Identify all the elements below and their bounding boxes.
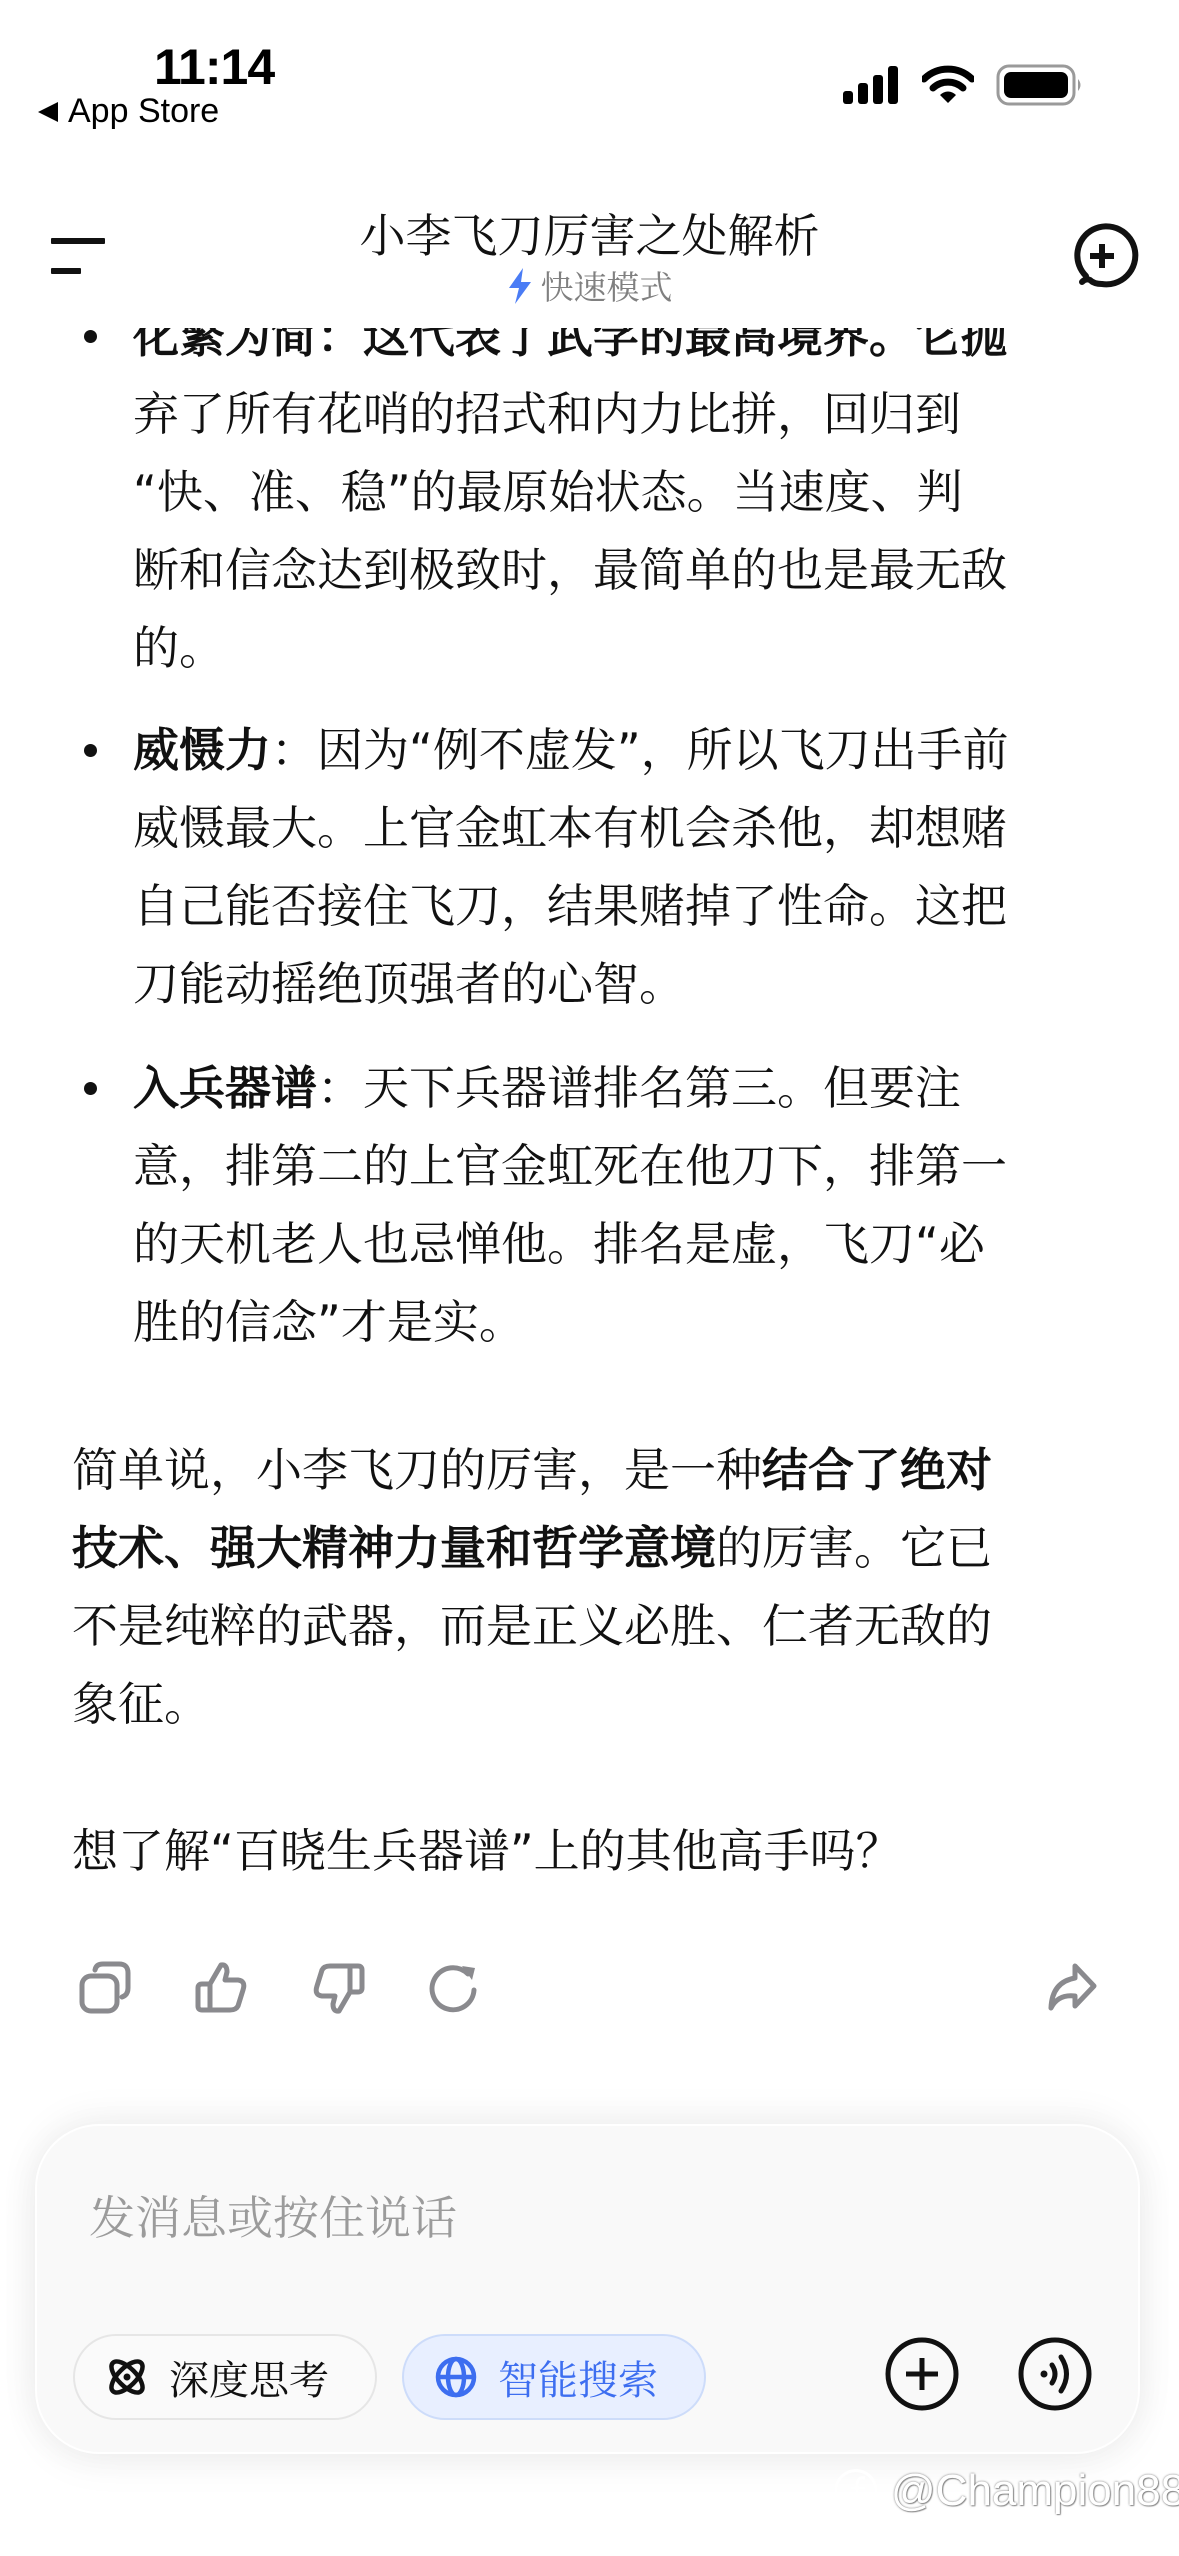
mode-label: 快速模式 — [541, 262, 673, 309]
attach-button[interactable] — [884, 2336, 960, 2412]
bullet-line: 刀能动摇绝顶强者的心智。 — [133, 945, 1123, 1023]
smart-search-label: 智能搜索 — [498, 2349, 658, 2406]
copy-button[interactable] — [75, 1958, 135, 2018]
plus-circle-icon — [884, 2336, 960, 2412]
signal-icon — [840, 65, 900, 105]
bullet-line: 自己能否接住飞刀，结果赌掉了性命。这把 — [133, 867, 1123, 945]
message-actions — [0, 1958, 1179, 2018]
bullet-line: 意，排第二的上官金虹死在他刀下，排第一 — [133, 1127, 1123, 1205]
new-chat-button[interactable] — [1064, 218, 1140, 294]
bullet-line: 威慑力：因为“例不虚发”，所以飞刀出手前 — [133, 711, 1123, 789]
wifi-icon — [922, 65, 974, 105]
thumbs-up-icon — [194, 1960, 250, 2016]
atom-icon — [105, 2355, 149, 2399]
share-button[interactable] — [1042, 1958, 1102, 2018]
thumbs-down-icon — [310, 1960, 366, 2016]
bullet-line: 弃了所有花哨的招式和内力比拼，回归到 — [133, 375, 1123, 453]
deep-think-label: 深度思考 — [169, 2349, 329, 2406]
watermark: @Champion88 — [835, 2466, 1179, 2516]
back-triangle-icon — [38, 102, 58, 122]
mode-indicator[interactable]: 快速模式 — [0, 262, 1179, 309]
bullet-line: 断和信念达到极致时，最简单的也是最无敌 — [133, 531, 1123, 609]
follow-up-question: 想了解“百晓生兵器谱”上的其他高手吗？ — [72, 1812, 1112, 1890]
lightning-icon — [507, 268, 533, 304]
bullet-item: 入兵器谱：天下兵器谱排名第三。但要注 意，排第二的上官金虹死在他刀下，排第一 的… — [133, 1049, 1123, 1361]
globe-icon — [434, 2355, 478, 2399]
dislike-button[interactable] — [308, 1958, 368, 2018]
battery-icon — [996, 64, 1084, 106]
bullet-line: 威慑最大。上官金虹本有机会杀他，却想赌 — [133, 789, 1123, 867]
bullet-label: 威慑力 — [133, 723, 271, 777]
like-button[interactable] — [192, 1958, 252, 2018]
bullet-line: 的天机老人也忌惮他。排名是虚，飞刀“必 — [133, 1205, 1123, 1283]
status-time: 11:14 — [154, 38, 274, 96]
new-chat-icon — [1064, 218, 1140, 294]
status-icons — [840, 64, 1084, 106]
deep-think-toggle[interactable]: 深度思考 — [73, 2334, 377, 2420]
zhihu-icon — [835, 2466, 885, 2516]
voice-call-icon — [1017, 2336, 1093, 2412]
regenerate-button[interactable] — [424, 1958, 484, 2018]
bullet-line: 的。 — [133, 609, 1123, 687]
watermark-text: @Champion88 — [891, 2466, 1179, 2516]
summary-paragraph: 简单说，小李飞刀的厉害，是一种结合了绝对 技术、强大精神力量和哲学意境的厉害。它… — [72, 1431, 1112, 1743]
bullet-line: “快、准、稳”的最原始状态。当速度、判 — [133, 453, 1123, 531]
back-label: App Store — [68, 92, 219, 131]
smart-search-toggle[interactable]: 智能搜索 — [402, 2334, 706, 2420]
bullet-item: 威慑力：因为“例不虚发”，所以飞刀出手前 威慑最大。上官金虹本有机会杀他，却想赌… — [133, 711, 1123, 1023]
chat-title[interactable]: 小李飞刀厉害之处解析 — [0, 200, 1179, 266]
bullet-line: 入兵器谱：天下兵器谱排名第三。但要注 — [133, 1049, 1123, 1127]
voice-call-button[interactable] — [1017, 2336, 1093, 2412]
share-icon — [1044, 1960, 1100, 2016]
message-input[interactable]: 发消息或按住说话 — [89, 2182, 457, 2248]
bullet-item: 化繁为简：这代表了武学的最高境界。它抛 弃了所有花哨的招式和内力比拼，回归到 “… — [133, 297, 1123, 687]
bullet-line: 胜的信念”才是实。 — [133, 1283, 1123, 1361]
bullet-label: 入兵器谱 — [133, 1061, 317, 1115]
regenerate-icon — [426, 1960, 482, 2016]
back-to-app-store[interactable]: App Store — [38, 92, 219, 131]
message-composer: 发消息或按住说话 深度思考 智能搜索 — [35, 2124, 1140, 2454]
chat-header: 小李飞刀厉害之处解析 快速模式 — [0, 180, 1179, 328]
copy-icon — [77, 1960, 133, 2016]
